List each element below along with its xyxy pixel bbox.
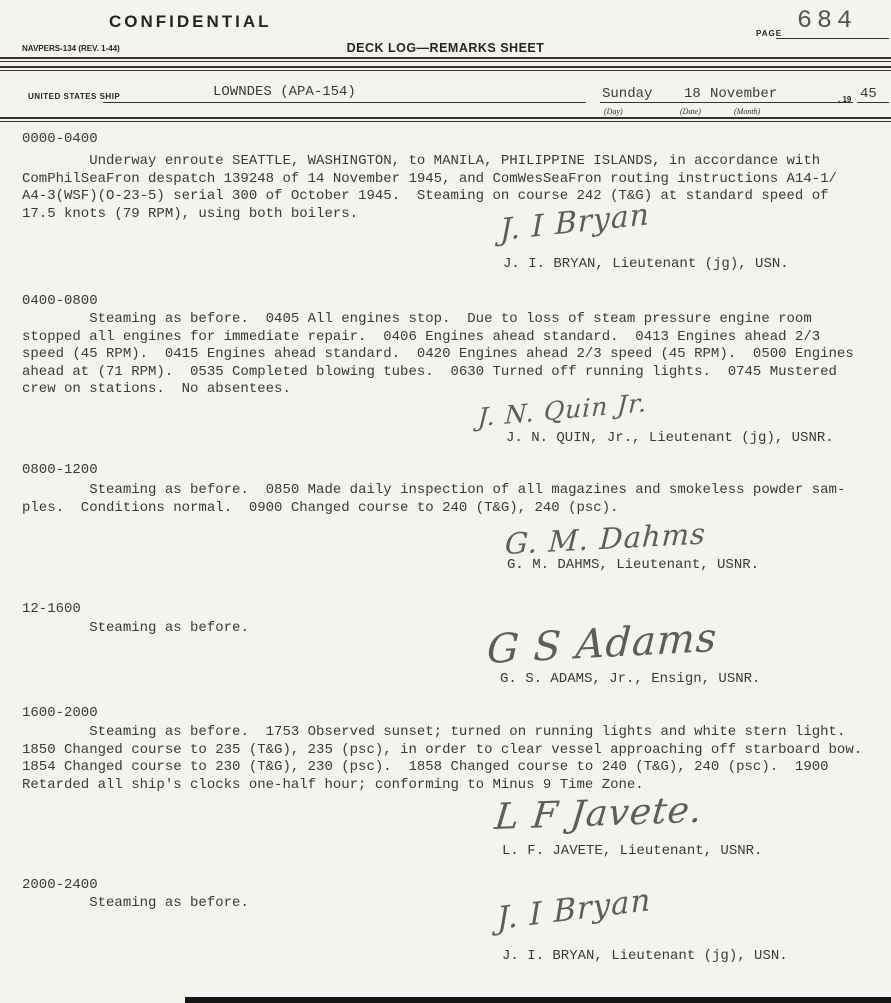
watch-heading: 2000-2400: [22, 877, 98, 893]
signature-typed: J. I. BRYAN, Lieutenant (jg), USN.: [502, 948, 788, 964]
log-entry-text: Steaming as before. 0405 All engines sto…: [22, 311, 884, 399]
year-prefix: , 19: [838, 95, 851, 104]
watch-heading: 0800-1200: [22, 462, 98, 478]
watch-heading: 1600-2000: [22, 705, 98, 721]
log-entry-text: Steaming as before. 0850 Made daily insp…: [22, 482, 884, 517]
ship-name-underline: [103, 102, 586, 103]
signature-typed: J. I. BRYAN, Lieutenant (jg), USN.: [503, 256, 789, 272]
page-label: PAGE: [756, 29, 782, 38]
log-entry-text: Steaming as before.: [22, 620, 884, 638]
horizontal-rule: [0, 61, 891, 62]
month-caption: (Month): [734, 107, 760, 116]
watch-heading: 0000-0400: [22, 131, 98, 147]
year-value: 45: [860, 86, 877, 102]
log-entry-text: Steaming as before. 1753 Observed sunset…: [22, 724, 884, 794]
classification-stamp: CONFIDENTIAL: [109, 12, 272, 32]
year-underline: [857, 102, 889, 103]
signature-typed: G. M. DAHMS, Lieutenant, USNR.: [507, 557, 759, 573]
day-value: Sunday: [602, 86, 652, 102]
horizontal-rule: [0, 70, 891, 71]
signature-script: G. M. Dahms: [504, 516, 707, 561]
date-value: 18: [684, 86, 701, 102]
ship-label: UNITED STATES SHIP: [28, 92, 120, 101]
signature-script: J. I Bryan: [497, 882, 652, 937]
horizontal-rule: [0, 66, 891, 68]
scan-edge-artifact: [185, 997, 891, 1003]
page-number-underline: [776, 38, 889, 39]
horizontal-rule: [0, 57, 891, 59]
document-title: DECK LOG—REMARKS SHEET: [0, 41, 891, 55]
date-caption: (Date): [680, 107, 701, 116]
signature-script: L F Javete.: [493, 790, 705, 838]
watch-heading: 0400-0800: [22, 293, 98, 309]
date-underline: [600, 102, 853, 103]
signature-typed: J. N. QUIN, Jr., Lieutenant (jg), USNR.: [506, 430, 834, 446]
signature-typed: G. S. ADAMS, Jr., Ensign, USNR.: [500, 671, 760, 687]
watch-heading: 12-1600: [22, 601, 81, 617]
day-caption: (Day): [604, 107, 623, 116]
log-entry-text: Steaming as before.: [22, 895, 884, 913]
deck-log-remarks-sheet: CONFIDENTIAL PAGE 684 NAVPERS-134 (REV. …: [0, 0, 891, 1003]
horizontal-rule: [0, 117, 891, 119]
log-entry-text: Underway enroute SEATTLE, WASHINGTON, to…: [22, 153, 884, 223]
month-value: November: [710, 86, 777, 102]
horizontal-rule: [0, 121, 891, 122]
ship-name: LOWNDES (APA-154): [213, 84, 356, 100]
signature-typed: L. F. JAVETE, Lieutenant, USNR.: [502, 843, 762, 859]
page-number: 684: [797, 6, 857, 35]
